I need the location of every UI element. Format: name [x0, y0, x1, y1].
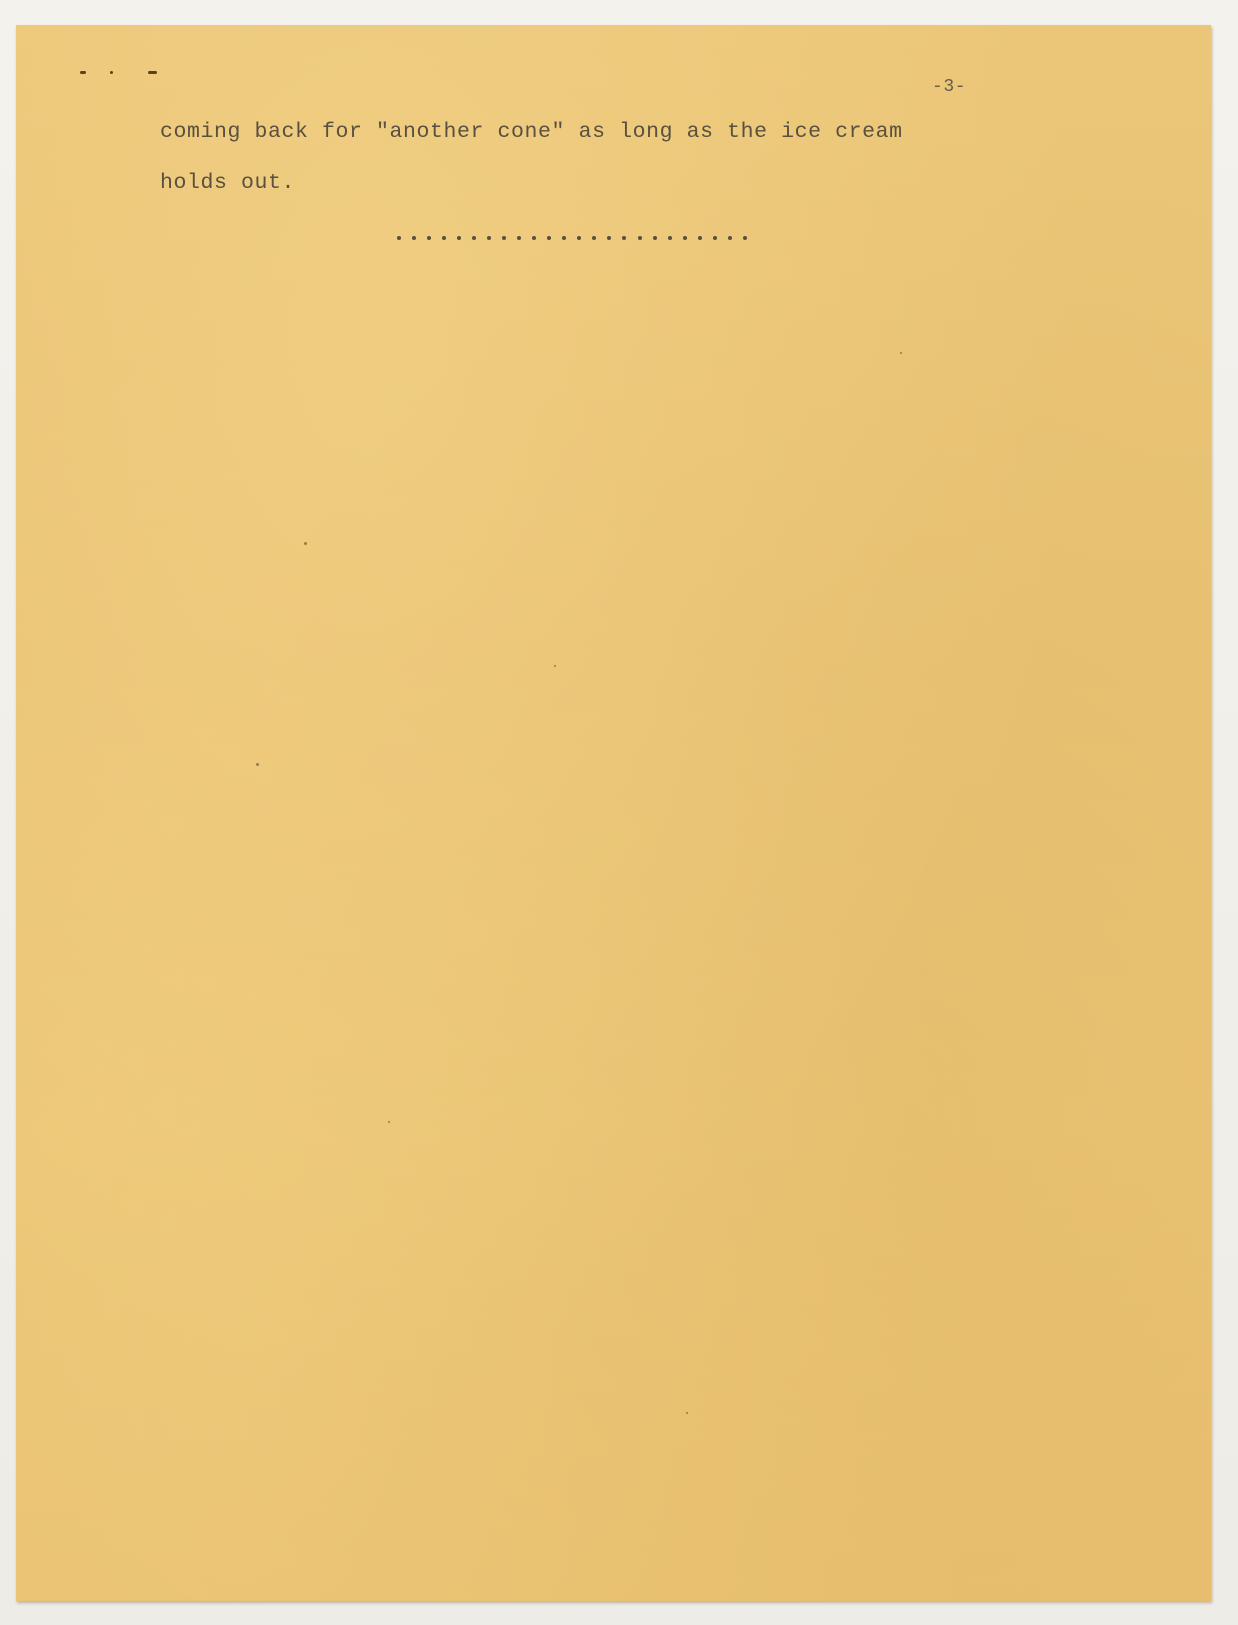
dotted-divider — [397, 235, 747, 241]
divider-dot — [592, 236, 596, 240]
divider-dot — [698, 236, 702, 240]
divider-dot — [743, 236, 747, 240]
divider-dot — [713, 236, 717, 240]
divider-dot — [532, 236, 536, 240]
divider-dot — [622, 236, 626, 240]
paper-speck — [686, 1412, 688, 1414]
paper-speck — [304, 542, 307, 545]
divider-dot — [442, 236, 446, 240]
divider-dot — [638, 236, 642, 240]
divider-dot — [547, 236, 551, 240]
divider-dot — [517, 236, 521, 240]
divider-dot — [728, 236, 732, 240]
page-number: -3- — [932, 78, 966, 96]
paper-speck — [900, 352, 902, 354]
divider-dot — [683, 236, 687, 240]
divider-dot — [502, 236, 506, 240]
divider-dot — [457, 236, 461, 240]
staple-holes — [80, 69, 160, 77]
paper-speck — [554, 665, 556, 667]
divider-dot — [577, 236, 581, 240]
body-text-line: holds out. — [160, 173, 295, 195]
divider-dot — [397, 236, 401, 240]
paper-speck — [388, 1121, 390, 1123]
paper-speck — [256, 763, 259, 766]
divider-dot — [607, 236, 611, 240]
divider-dot — [487, 236, 491, 240]
divider-dot — [412, 236, 416, 240]
divider-dot — [668, 236, 672, 240]
divider-dot — [427, 236, 431, 240]
divider-dot — [472, 236, 476, 240]
body-text-line: coming back for "another cone" as long a… — [160, 122, 903, 144]
divider-dot — [653, 236, 657, 240]
divider-dot — [562, 236, 566, 240]
typewritten-page — [16, 25, 1211, 1601]
